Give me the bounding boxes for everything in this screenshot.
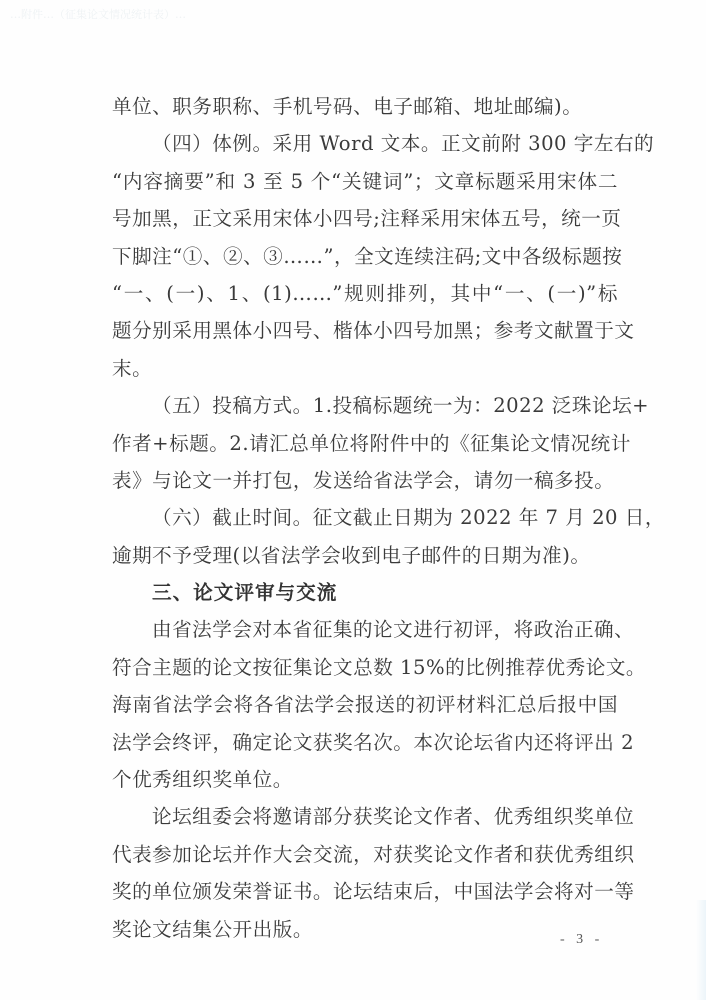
text-line: 逾期不予受理(以省法学会收到电子邮件的日期为准)。 [112,537,618,574]
paragraph-5-submission: （五）投稿方式。1.投稿标题统一为：2022 泛珠论坛+ [112,387,618,424]
paragraph-review: 由省法学会对本省征集的论文进行初评，将政治正确、 [112,611,618,648]
text-line: 海南省法学会将各省法学会报送的初评材料汇总后报中国 [112,686,618,723]
text-line: “一、(一)、1、(1)……”规则排列，其中“一、(一)”标 [112,275,618,312]
document-page: …附件…（征集论文情况统计表）… 单位、职务职称、手机号码、电子邮箱、地址邮编)… [0,0,706,1000]
text-line: 单位、职务职称、手机号码、电子邮箱、地址邮编)。 [112,88,618,125]
text-line: “内容摘要”和 3 至 5 个“关键词”；文章标题采用宋体二 [112,163,618,200]
text-line: 号加黑，正文采用宋体小四号;注释采用宋体五号，统一页 [112,200,618,237]
text-line: 符合主题的论文按征集论文总数 15%的比例推荐优秀论文。 [112,649,618,686]
text-line: 代表参加论坛并作大会交流，对获奖论文作者和获优秀组织 [112,836,618,873]
paragraph-4-style: （四）体例。采用 Word 文本。正文前附 300 字左右的 [112,125,618,162]
text-line: 作者+标题。2.请汇总单位将附件中的《征集论文情况统计 [112,425,618,462]
text-line: 个优秀组织奖单位。 [112,761,618,798]
paragraph-6-deadline: （六）截止时间。征文截止日期为 2022 年 7 月 20 日， [112,499,618,536]
bleed-through-text: …附件…（征集论文情况统计表）… [10,6,330,20]
text-line: 奖论文结集公开出版。 [112,911,618,948]
paragraph-exchange: 论坛组委会将邀请部分获奖论文作者、优秀组织奖单位 [112,798,618,835]
page-number: - 3 - [560,932,603,948]
text-line: 下脚注“①、②、③……”，全文连续注码;文中各级标题按 [112,238,618,275]
text-line: 表》与论文一并打包，发送给省法学会，请勿一稿多投。 [112,462,618,499]
document-body: 单位、职务职称、手机号码、电子邮箱、地址邮编)。 （四）体例。采用 Word 文… [112,88,618,948]
text-line: 题分别采用黑体小四号、楷体小四号加黑；参考文献置于文 [112,312,618,349]
text-line: 末。 [112,350,618,387]
section-heading-review: 三、论文评审与交流 [112,574,618,611]
text-line: 法学会终评，确定论文获奖名次。本次论坛省内还将评出 2 [112,724,618,761]
text-line: 奖的单位颁发荣誉证书。论坛结束后，中国法学会将对一等 [112,873,618,910]
scan-edge-tint [696,900,706,1000]
